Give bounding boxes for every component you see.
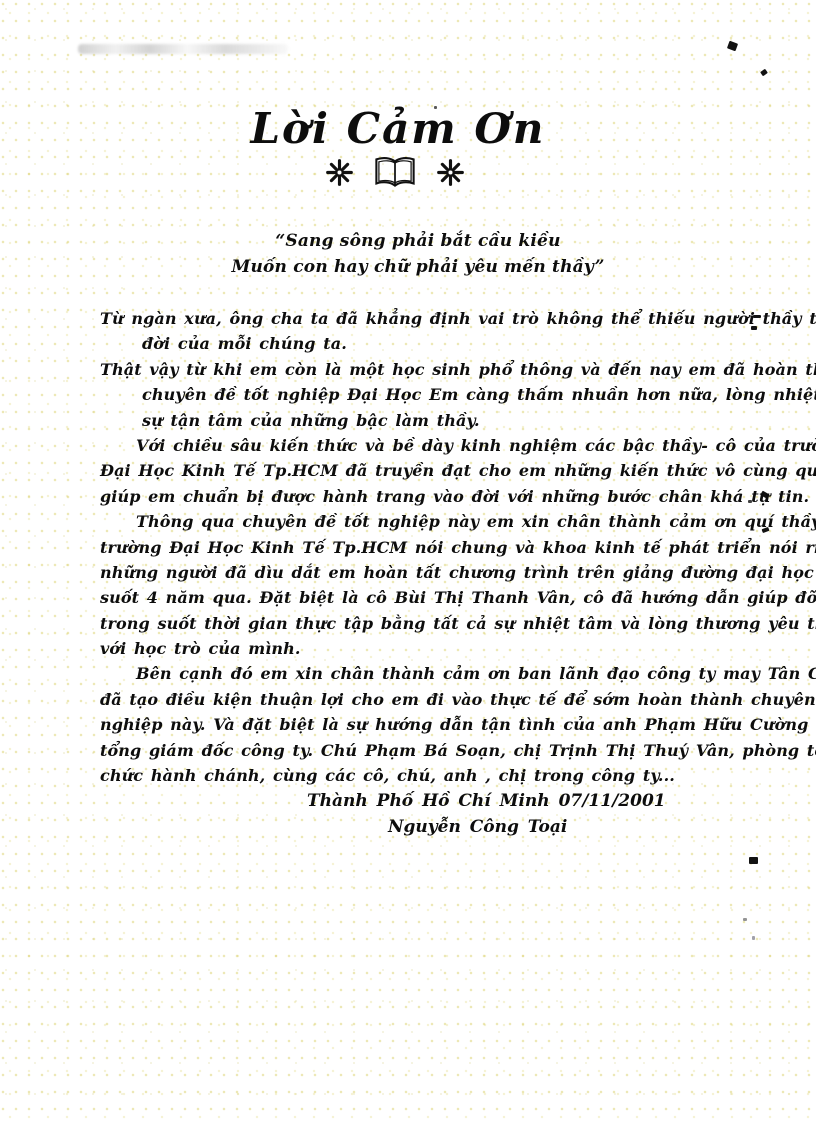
epigraph-line: Muốn con hay chữ phải yêu mến thầy”	[0, 254, 816, 280]
body-line: đã tạo điều kiện thuận lợi cho em đi vào…	[100, 687, 752, 712]
open-book-icon	[372, 156, 418, 193]
body-line: Bên cạnh đó em xin chân thành cảm ơn ban…	[136, 661, 752, 686]
body-line: nghiệp này. Và đặt biệt là sự hướng dẫn …	[100, 712, 752, 737]
body-line: Đại Học Kinh Tế Tp.HCM đã truyền đạt cho…	[100, 458, 752, 483]
body-line: Thông qua chuyên đề tốt nghiệp này em xi…	[136, 509, 752, 534]
body-line: giúp em chuẩn bị được hành trang vào đời…	[100, 484, 752, 509]
body-line: chức hành chánh, cùng các cô, chú, anh ,…	[100, 763, 752, 788]
signature-place-date: Thành Phố Hồ Chí Minh 07/11/2001	[307, 789, 816, 815]
body-line: sự tận tâm của những bậc làm thầy.	[142, 408, 752, 433]
eight-petal-star-icon	[437, 159, 464, 190]
scan-smudge	[78, 44, 288, 54]
body-line: những người đã dìu dắt em hoàn tất chươn…	[100, 560, 752, 585]
scan-speck	[752, 936, 755, 940]
body-text: Từ ngàn xưa, ông cha ta đã khẳng định va…	[100, 306, 752, 788]
body-line: Từ ngàn xưa, ông cha ta đã khẳng định va…	[100, 306, 752, 331]
signature-block: Thành Phố Hồ Chí Minh 07/11/2001 Nguyễn …	[0, 789, 816, 840]
body-line: tổng giám đốc công ty. Chú Phạm Bá Soạn,…	[100, 738, 752, 763]
scan-speck	[749, 857, 758, 864]
body-line: với học trò của mình.	[100, 636, 752, 661]
page-title: Lời Cảm Ơn	[0, 104, 796, 153]
epigraph-line: “Sang sông phải bắt cầu kiều	[0, 228, 816, 254]
body-line: trong suốt thời gian thực tập bằng tất c…	[100, 611, 752, 636]
body-line: đời của mỗi chúng ta.	[142, 331, 752, 356]
body-line: Thật vậy từ khi em còn là một học sinh p…	[100, 357, 752, 382]
body-line: suốt 4 năm qua. Đặt biệt là cô Bùi Thị T…	[100, 585, 752, 610]
epigraph: “Sang sông phải bắt cầu kiều Muốn con ha…	[0, 228, 816, 280]
scan-speck	[743, 918, 747, 921]
ornament-row	[0, 156, 790, 193]
body-line: Với chiều sâu kiến thức và bề dày kinh n…	[136, 433, 752, 458]
eight-petal-star-icon	[326, 159, 353, 190]
body-line: chuyên đề tốt nghiệp Đại Học Em càng thấ…	[142, 382, 752, 407]
signature-author: Nguyễn Công Toại	[388, 815, 816, 841]
body-line: trường Đại Học Kinh Tế Tp.HCM nói chung …	[100, 535, 752, 560]
